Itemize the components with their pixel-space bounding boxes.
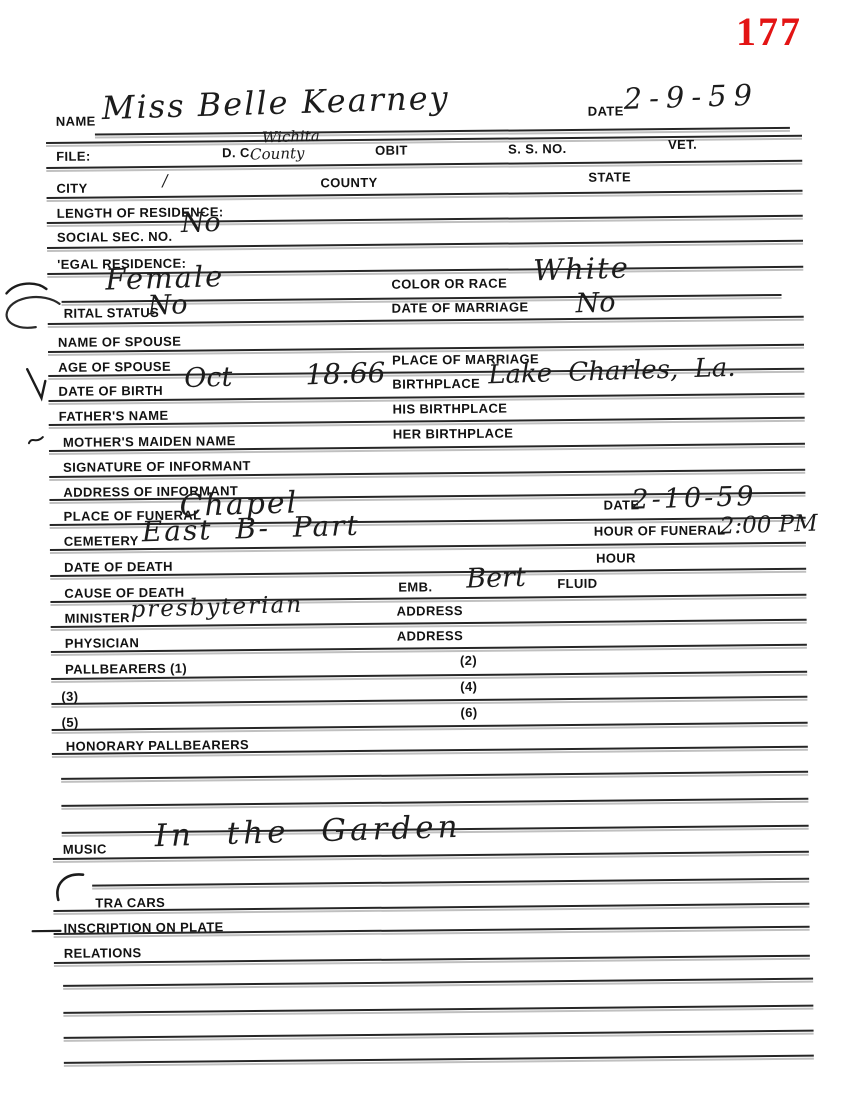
name-value-handwriting: Miss Belle Kearney <box>101 78 450 127</box>
city-pen-mark: / <box>162 171 168 190</box>
checkmark-annotation <box>24 366 50 404</box>
rule-line <box>46 160 802 169</box>
inscription-dash-mark <box>32 928 62 934</box>
color-or-race-value-handwriting: White <box>533 250 631 287</box>
extra-cars-arc-mark <box>51 872 87 904</box>
rule-line <box>61 771 808 780</box>
emb-value-handwriting: Bert <box>466 562 526 595</box>
rule-line <box>63 978 813 987</box>
cemetery-value-handwriting: East B- Part <box>141 509 360 549</box>
music-label: MUSIC <box>63 841 107 856</box>
rule-line <box>64 1055 814 1064</box>
date-value-handwriting: 2-9-59 <box>623 78 759 116</box>
inscription-on-plate-label: INSCRIPTION ON PLATE <box>63 919 223 936</box>
funeral-record-scan: 177 <box>0 0 850 1100</box>
color-or-race-label: COLOR OR RACE <box>391 276 507 292</box>
hour-label: HOUR <box>596 550 636 565</box>
funeral-date-value-handwriting: 2-10-59 <box>631 481 757 516</box>
pallbearers-2-label: (2) <box>460 653 477 668</box>
county-label: COUNTY <box>320 175 377 191</box>
rule-line <box>92 878 809 887</box>
date-of-birth-month-handwriting: Oct <box>184 362 233 394</box>
her-birthplace-label: HER BIRTHPLACE <box>393 426 514 442</box>
age-of-spouse-label: AGE OF SPOUSE <box>58 359 171 375</box>
hour-of-funeral-label: HOUR OF FUNERAL <box>594 522 726 538</box>
rule-line <box>51 696 807 705</box>
city-label: CITY <box>56 181 87 196</box>
ssn-label: S. S. NO. <box>508 141 567 157</box>
fathers-name-label: FATHER'S NAME <box>59 408 169 424</box>
music-value-handwriting: In the Garden <box>154 809 462 854</box>
marital-status-value-handwriting: No <box>147 289 188 321</box>
physician-address-label: ADDRESS <box>397 628 464 644</box>
name-label: NAME <box>56 114 96 129</box>
social-sec-no-label: SOCIAL SEC. NO. <box>57 229 173 245</box>
birthplace-label: BIRTHPLACE <box>392 376 480 392</box>
state-label: STATE <box>588 169 631 184</box>
date-of-marriage-value-handwriting: No <box>575 287 616 319</box>
birthplace-value-handwriting: Lake Charles, La. <box>488 353 736 391</box>
pallbearers-3-label: (3) <box>61 689 78 704</box>
physician-label: PHYSICIAN <box>65 635 140 651</box>
dc-value-bottom-handwriting: County <box>250 144 305 164</box>
hour-of-funeral-value-handwriting: 2:00 PM <box>719 511 818 540</box>
rule-line <box>64 1030 814 1039</box>
emb-label: EMB. <box>398 579 432 594</box>
pallbearers-1-label: PALLBEARERS (1) <box>65 661 187 677</box>
marital-status-label: RITAL STATUS <box>64 305 160 321</box>
name-of-spouse-label: NAME OF SPOUSE <box>58 334 181 350</box>
rule-line <box>95 127 790 136</box>
cemetery-label: CEMETERY <box>64 533 139 549</box>
extra-cars-label: TRA CARS <box>95 895 165 911</box>
pallbearers-6-label: (6) <box>460 705 477 720</box>
vet-label: VET. <box>668 137 697 152</box>
minister-value-handwriting: presbyterian <box>130 592 303 623</box>
file-label: FILE: <box>56 149 91 164</box>
rule-line <box>47 190 803 199</box>
mother-row-squiggle-mark <box>27 434 45 446</box>
rule-line <box>53 903 809 912</box>
date-label: DATE <box>588 103 624 118</box>
form-sheet: NAME DATE FILE: D. C. OBIT S. S. NO. VET… <box>0 0 850 1100</box>
fluid-label: FLUID <box>557 576 597 591</box>
marital-smudge-mark <box>1 294 63 333</box>
signature-of-informant-label: SIGNATURE OF INFORMANT <box>63 458 251 475</box>
rule-line <box>63 1005 813 1014</box>
date-of-birth-year-handwriting: 18.66 <box>305 356 386 391</box>
minister-address-label: ADDRESS <box>396 603 463 619</box>
honorary-pallbearers-label: HONORARY PALLBEARERS <box>66 737 249 754</box>
relations-label: RELATIONS <box>64 945 142 961</box>
minister-label: MINISTER <box>65 610 130 626</box>
his-birthplace-label: HIS BIRTHPLACE <box>393 401 508 417</box>
pallbearers-4-label: (4) <box>460 679 477 694</box>
mothers-maiden-name-label: MOTHER'S MAIDEN NAME <box>63 433 236 450</box>
obit-label: OBIT <box>375 143 408 158</box>
date-of-birth-label: DATE OF BIRTH <box>58 383 163 399</box>
date-of-death-label: DATE OF DEATH <box>64 559 173 575</box>
pallbearers-5-label: (5) <box>62 715 79 730</box>
rule-line <box>51 644 807 653</box>
date-of-marriage-label: DATE OF MARRIAGE <box>392 299 529 315</box>
social-sec-no-value-handwriting: No <box>180 207 221 239</box>
rule-line <box>54 955 810 964</box>
rule-line <box>61 798 808 807</box>
rule-line <box>52 722 808 731</box>
